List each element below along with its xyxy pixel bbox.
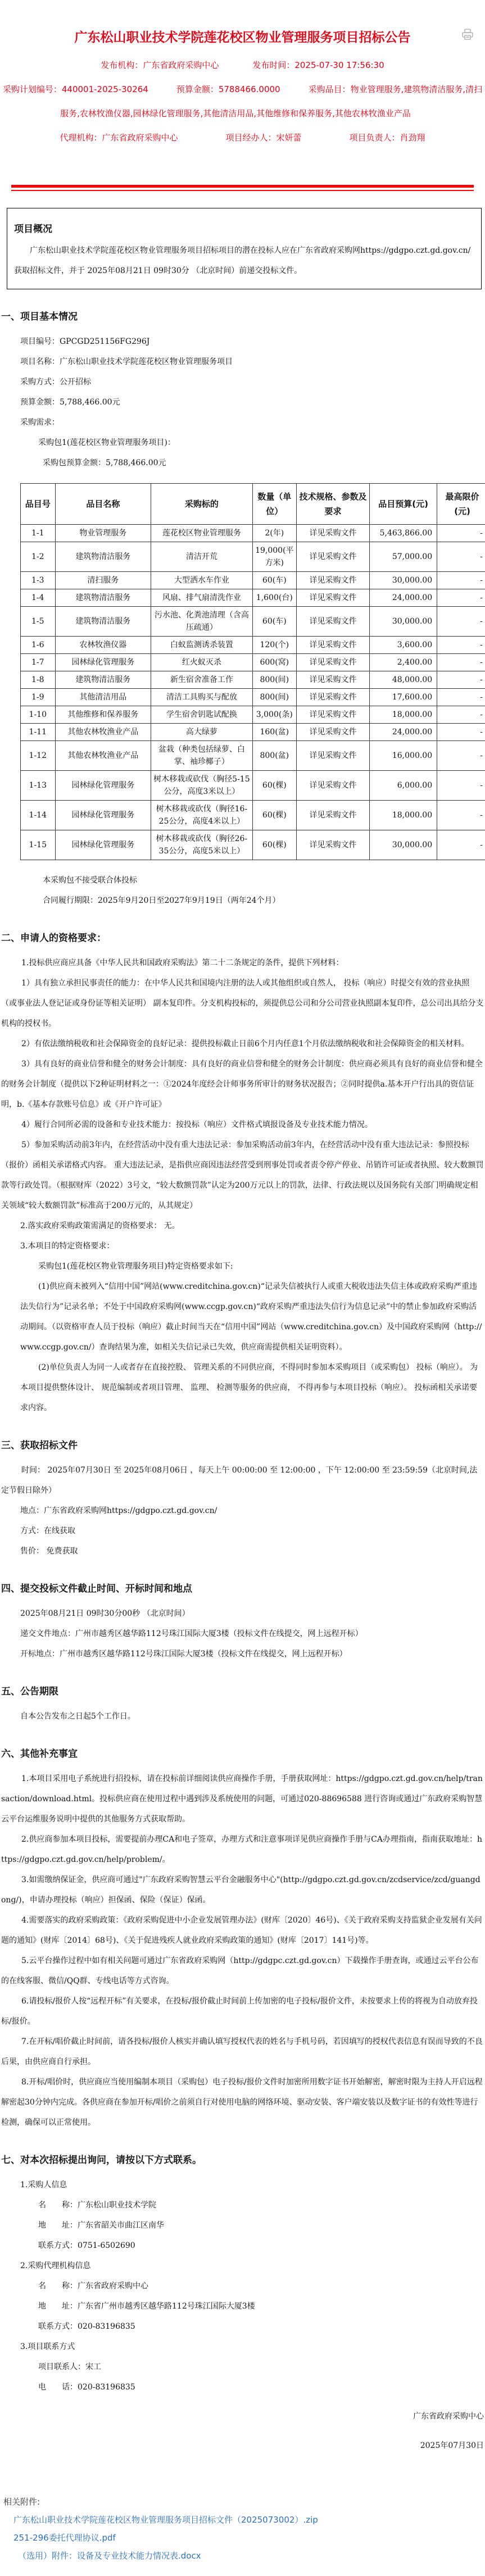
qualification-3-1: (1)供应商未被列入“信用中国”网站(www.creditchina.gov.c… (0, 1276, 485, 1357)
col-item-no: 品目号 (21, 484, 56, 525)
cell-cap: - (437, 771, 485, 801)
cell-spec: 详见采购文件 (296, 830, 369, 860)
cell-spec: 详见采购文件 (296, 689, 369, 706)
contract-period: 合同履行期限：2025年9月20日至2027年9月19日（两年24个月） (0, 891, 485, 911)
cell-spec: 详见采购文件 (296, 706, 369, 724)
section-4-heading: 四、提交投标文件截止时间、开标时间和地点 (1, 1580, 485, 1594)
cell-subject: 大型洒水车作业 (151, 572, 253, 589)
cell-name: 农林牧渔仪器 (55, 637, 151, 654)
section-3-heading: 三、获取招标文件 (1, 1437, 485, 1451)
qualification-3-package: 采购包1(莲花校区物业管理服务项目)特定资格要求如下: (0, 1256, 485, 1276)
project-contact-title: 3.项目联系方式 (0, 2337, 485, 2357)
obtain-place: 地点：广东省政府采购网https://gdgpo.czt.gd.gov.cn/ (0, 1501, 485, 1521)
col-price-cap: 最高限价(元) (437, 484, 485, 525)
cell-no: 1-9 (21, 689, 56, 706)
cell-name: 建筑物清洁服务 (55, 589, 151, 607)
signoff-date: 2025年07月30日 (0, 2431, 484, 2460)
cell-subject: 清洁开荒 (151, 542, 253, 572)
purchaser-info-title: 1.采购人信息 (0, 2175, 485, 2195)
submission-deadline: 2025年08月21日 09时30分00秒 （北京时间） (0, 1603, 485, 1624)
cell-spec: 详见采购文件 (296, 525, 369, 542)
cell-subject: 莲花校区物业管理服务 (151, 525, 253, 542)
cell-cap: - (437, 525, 485, 542)
cell-name: 其他清洁用品 (55, 689, 151, 706)
col-spec: 技术规格、参数及要求 (296, 484, 369, 525)
cell-qty: 60(车) (252, 607, 296, 637)
cell-subject: 树木移栽或砍伐（胸径16-25公分，高度4米以上） (151, 801, 253, 830)
qualification-2: 2.落实政府采购政策需满足的资格要求： 无。 (0, 1216, 485, 1236)
agency-name: 名 称：广东省政府采购中心 (0, 2276, 485, 2296)
cell-budget: 17,600.00 (370, 689, 437, 706)
cell-budget: 48,000.00 (370, 671, 437, 689)
cell-cap: - (437, 542, 485, 572)
cell-qty: 19,000(平方米) (252, 542, 296, 572)
cell-qty: 1,600(台) (252, 589, 296, 607)
attachment-link-agency-agreement[interactable]: 251-296委托代理协议.pdf (0, 2529, 485, 2547)
cell-cap: - (437, 741, 485, 771)
cell-name: 其他维修和保养服务 (55, 706, 151, 724)
budget: 预算金额：5,788,466.00元 (0, 392, 485, 412)
table-row: 1-1物业管理服务莲花校区物业管理服务2(年)详见采购文件5,463,866.0… (21, 525, 485, 542)
procurement-method: 采购方式：公开招标 (0, 372, 485, 392)
cell-spec: 详见采购文件 (296, 671, 369, 689)
agency-info-title: 2.采购代理机构信息 (0, 2256, 485, 2276)
cell-name: 物业管理服务 (55, 525, 151, 542)
cell-subject: 树木移栽或砍伐（胸径5-15公分，高度3米以上） (151, 771, 253, 801)
cell-name: 园林绿化管理服务 (55, 654, 151, 671)
col-budget: 品目预算(元) (370, 484, 437, 525)
signoff: 广东省政府采购中心 2025年07月30日 (0, 2402, 485, 2460)
cell-no: 1-14 (21, 801, 56, 830)
package-label: 采购包1(莲花校区物业管理服务项目)： (0, 433, 485, 453)
agency-contact: 联系方式：020-83196835 (0, 2316, 485, 2337)
cell-cap: - (437, 607, 485, 637)
overview-text: 广东松山职业技术学院莲花校区物业管理服务项目招标项目的潜在投标人应在广东省政府采… (14, 240, 474, 281)
cell-spec: 详见采购文件 (296, 741, 369, 771)
cell-cap: - (437, 689, 485, 706)
cell-qty: 160(盆) (252, 724, 296, 741)
cell-budget: 24,000.00 (370, 589, 437, 607)
col-item-name: 品目名称 (55, 484, 151, 525)
project-owner: 项目负责人：肖劲翔 (350, 126, 425, 150)
table-row: 1-2建筑物清洁服务清洁开荒19,000(平方米)详见采购文件57,000.00… (21, 542, 485, 572)
cell-qty: 60(车) (252, 572, 296, 589)
cell-name: 园林绿化管理服务 (55, 801, 151, 830)
cell-spec: 详见采购文件 (296, 771, 369, 801)
signoff-org: 广东省政府采购中心 (0, 2402, 484, 2431)
cell-no: 1-12 (21, 741, 56, 771)
cell-subject: 清洁工具购买与配放 (151, 689, 253, 706)
obtain-time: 时间： 2025年07月30日 至 2025年08月06日 ，每天上午 00:0… (0, 1460, 485, 1501)
announcement-page: 广东松山职业技术学院莲花校区物业管理服务项目招标公告 发布机构：广东省政府采购中… (0, 0, 485, 2576)
cell-budget: 16,000.00 (370, 741, 437, 771)
cell-name: 园林绿化管理服务 (55, 771, 151, 801)
cell-spec: 详见采购文件 (296, 654, 369, 671)
attachment-link-equipment-form[interactable]: （选用）附件：设备及专业技术能力情况表.docx (0, 2547, 485, 2565)
cell-budget: 6,000.00 (370, 771, 437, 801)
cell-name: 园林绿化管理服务 (55, 830, 151, 860)
qualification-1: 1.投标供应商应具备《中华人民共和国政府采购法》第二十二条规定的条件，提供下列材… (0, 953, 485, 973)
qualification-3-2: (2)单位负责人为同一人或者存在直接控股、 管理关系的不同供应商，不得同时参加本… (0, 1357, 485, 1418)
cell-no: 1-5 (21, 607, 56, 637)
supplement-item: 2.供应商参加本项目投标，需要提前办理CA和电子签章，办理方式和注意事项详见供应… (0, 1829, 485, 1870)
publish-time: 发布时间：2025-07-30 17:56:30 (252, 53, 384, 78)
cell-spec: 详见采购文件 (296, 572, 369, 589)
table-row: 1-4建筑物清洁服务风扇、排气扇清洗作业1,600(台)详见采购文件24,000… (21, 589, 485, 607)
supplement-item: 3.如需缴纳保证金，供应商可通过"广东政府采购智慧云平台金融服务中心"(http… (0, 1870, 485, 1910)
cell-name: 清扫服务 (55, 572, 151, 589)
table-row: 1-3清扫服务大型洒水车作业60(车)详见采购文件30,000.00- (21, 572, 485, 589)
cell-budget: 18,000.00 (370, 801, 437, 830)
cell-spec: 详见采购文件 (296, 589, 369, 607)
table-row: 1-8建筑物清洁服务新生宿舍准备工作800(间)详见采购文件48,000.00- (21, 671, 485, 689)
table-row: 1-9其他清洁用品清洁工具购买与配放800(间)详见采购文件17,600.00- (21, 689, 485, 706)
cell-subject: 高大绿萝 (151, 724, 253, 741)
cell-subject: 新生宿舍准备工作 (151, 671, 253, 689)
agency: 代理机构：广东省政府采购中心 (60, 126, 178, 150)
meta-row-1: 发布机构：广东省政府采购中心 发布时间：2025-07-30 17:56:30 (0, 53, 485, 78)
supplement-item: 8.开标/唱价时，供应商应当使用编制本项目（采购包）电子投标/报价文件时加密所用… (0, 2072, 485, 2133)
cell-name: 建筑物清洁服务 (55, 607, 151, 637)
obtain-method: 方式：在线获取 (0, 1521, 485, 1541)
qualification-3: 3.本项目的特定资格要求： (0, 1236, 485, 1256)
submission-place: 递交文件地点：广州市越秀区越华路112号珠江国际大厦3楼（投标文件在线提交，网上… (0, 1624, 485, 1644)
meta-row-3: 代理机构：广东省政府采购中心 项目经办人：宋妍蕾 项目负责人：肖劲翔 (0, 126, 485, 150)
table-row: 1-6农林牧渔仪器白蚁监测诱杀装置120(个)详见采购文件3,600.00- (21, 637, 485, 654)
no-consortium-note: 本采购包不接受联合体投标 (0, 870, 485, 891)
cell-no: 1-7 (21, 654, 56, 671)
qualification-1-2: 2）有依法缴纳税收和社会保障资金的良好记录：提供投标截止日前6个月内任意1个月依… (0, 1034, 485, 1054)
cell-spec: 详见采购文件 (296, 801, 369, 830)
cell-spec: 详见采购文件 (296, 607, 369, 637)
page-title: 广东松山职业技术学院莲花校区物业管理服务项目招标公告 (0, 27, 485, 46)
qualification-1-3: 3）具有良好的商业信誉和健全的财务会计制度：具有良好的商业信誉和健全的财务会计制… (0, 1054, 485, 1115)
cell-name: 建筑物清洁服务 (55, 542, 151, 572)
cell-qty: 2(年) (252, 525, 296, 542)
table-row: 1-15园林绿化管理服务树木移栽或砍伐（胸径26-35公分，高度5米以上）60(… (21, 830, 485, 860)
table-row: 1-10其他维修和保养服务学生宿舍钥匙试配换3,000(条)详见采购文件18,0… (21, 706, 485, 724)
project-contact-phone: 电 话：020-83196835 (0, 2377, 485, 2397)
project-handler: 项目经办人：宋妍蕾 (225, 126, 301, 150)
cell-no: 1-15 (21, 830, 56, 860)
table-header-row: 品目号 品目名称 采购标的 数量（单位） 技术规格、参数及要求 品目预算(元) … (21, 484, 485, 525)
qualification-1-4: 4）履行合同所必需的设备和专业技术能力：按投标（响应）文件格式填报设备及专业技术… (0, 1115, 485, 1135)
cell-budget: 5,463,866.00 (370, 525, 437, 542)
supplement-item: 6.请投标/报价人按“远程开标”有关要求，在投标/报价截止时间前上传加密的电子投… (0, 1991, 485, 2032)
printer-icon[interactable] (461, 28, 474, 40)
demand-label: 采购需求： (0, 412, 485, 433)
cell-qty: 60(棵) (252, 771, 296, 801)
cell-cap: - (437, 801, 485, 830)
cell-no: 1-8 (21, 671, 56, 689)
cell-subject: 学生宿舍钥匙试配换 (151, 706, 253, 724)
cell-budget: 18,000.00 (370, 706, 437, 724)
overview-box: 项目概况 广东松山职业技术学院莲花校区物业管理服务项目招标项目的潜在投标人应在广… (7, 208, 482, 289)
notice-period: 自本公告发布之日起5个工作日。 (0, 1706, 485, 1727)
cell-budget: 30,000.00 (370, 572, 437, 589)
project-contact-person: 项目联系人：宋工 (0, 2357, 485, 2377)
cell-spec: 详见采购文件 (296, 637, 369, 654)
cell-no: 1-6 (21, 637, 56, 654)
cell-cap: - (437, 589, 485, 607)
table-row: 1-11其他农林牧渔业产品高大绿萝160(盆)详见采购文件24,000.00- (21, 724, 485, 741)
budget-amount: 预算金额：5788466.0000 (176, 84, 280, 94)
cell-qty: 800(间) (252, 689, 296, 706)
section-5-heading: 五、公告期限 (1, 1683, 485, 1697)
cell-name: 其他农林牧渔业产品 (55, 724, 151, 741)
title-row: 广东松山职业技术学院莲花校区物业管理服务项目招标公告 (0, 0, 485, 53)
cell-no: 1-3 (21, 572, 56, 589)
cell-qty: 800(盆) (252, 741, 296, 771)
supplement-item: 5.云平台操作过程中如有相关问题可通过广东省政府采购网（http://gdgpc… (0, 1951, 485, 1991)
cell-qty: 3,000(条) (252, 706, 296, 724)
section-1-heading: 一、项目基本情况 (1, 308, 485, 322)
col-subject: 采购标的 (151, 484, 253, 525)
cell-name: 建筑物清洁服务 (55, 671, 151, 689)
cell-no: 1-1 (21, 525, 56, 542)
cell-qty: 800(间) (252, 671, 296, 689)
cell-cap: - (437, 671, 485, 689)
cell-spec: 详见采购文件 (296, 542, 369, 572)
plan-number: 采购计划编号：440001-2025-30264 (3, 84, 148, 94)
table-row: 1-7园林绿化管理服务红火蚁灭杀600(窝)详见采购文件2,400.00- (21, 654, 485, 671)
table-row: 1-14园林绿化管理服务树木移栽或砍伐（胸径16-25公分，高度4米以上）60(… (21, 801, 485, 830)
cell-cap: - (437, 706, 485, 724)
meta-info: 发布机构：广东省政府采购中心 发布时间：2025-07-30 17:56:30 … (0, 53, 485, 150)
opening-place: 开标地点：广州市越秀区越华路112号珠江国际大厦3楼（投标文件在线提交，网上远程… (0, 1644, 485, 1664)
cell-cap: - (437, 572, 485, 589)
cell-subject: 风扇、排气扇清洗作业 (151, 589, 253, 607)
cell-subject: 盆栽（种类包括绿萝、白掌、袖珍椰子） (151, 741, 253, 771)
cell-budget: 2,400.00 (370, 654, 437, 671)
cell-subject: 树木移栽或砍伐（胸径26-35公分，高度5米以上） (151, 830, 253, 860)
cell-no: 1-13 (21, 771, 56, 801)
cell-cap: - (437, 654, 485, 671)
header-divider (11, 185, 474, 191)
package-budget: 采购包预算金额：5,788,466.00元 (0, 453, 485, 473)
table-row: 1-13园林绿化管理服务树木移栽或砍伐（胸径5-15公分，高度3米以上）60(棵… (21, 771, 485, 801)
items-table: 品目号 品目名称 采购标的 数量（单位） 技术规格、参数及要求 品目预算(元) … (20, 483, 485, 860)
cell-name: 其他农林牧渔业产品 (55, 741, 151, 771)
qualification-1-1: 1）具有独立承担民事责任的能力：在中华人民共和国境内注册的法人或其他组织或自然人… (0, 973, 485, 1034)
project-name: 项目名称：广东松山职业技术学院莲花校区物业管理服务项目 (0, 352, 485, 372)
col-quantity: 数量（单位） (252, 484, 296, 525)
table-row: 1-12其他农林牧渔业产品盆栽（种类包括绿萝、白掌、袖珍椰子）800(盆)详见采… (21, 741, 485, 771)
purchaser-contact: 联系方式：0751-6502690 (0, 2236, 485, 2256)
cell-qty: 600(窝) (252, 654, 296, 671)
purchaser-name: 名 称：广东松山职业技术学院 (0, 2195, 485, 2215)
attachments: 相关附件: 广东松山职业技术学院莲花校区物业管理服务项目招标文件（2025073… (0, 2493, 485, 2565)
cell-no: 1-10 (21, 706, 56, 724)
overview-title: 项目概况 (14, 221, 474, 235)
cell-cap: - (437, 724, 485, 741)
cell-cap: - (437, 637, 485, 654)
supplement-item: 7.在开标/唱价截止时间前，请各投标/报价人核实并确认填写授权代表的姓名与手机号… (0, 2032, 485, 2072)
cell-budget: 30,000.00 (370, 830, 437, 860)
announcement-body: 项目概况 广东松山职业技术学院莲花校区物业管理服务项目招标项目的潜在投标人应在广… (0, 208, 485, 2460)
cell-qty: 120(个) (252, 637, 296, 654)
section-2-heading: 二、申请人的资格要求： (1, 930, 485, 944)
cell-budget: 3,600.00 (370, 637, 437, 654)
cell-spec: 详见采购文件 (296, 724, 369, 741)
supplement-item: 1.本项目采用电子系统进行招投标，请在投标前详细阅读供应商操作手册，手册获取网址… (0, 1769, 485, 1829)
cell-budget: 57,000.00 (370, 542, 437, 572)
cell-subject: 白蚁监测诱杀装置 (151, 637, 253, 654)
cell-subject: 污水池、化粪池清理（含高压疏通） (151, 607, 253, 637)
cell-qty: 60(棵) (252, 830, 296, 860)
cell-qty: 60(棵) (252, 801, 296, 830)
attachment-link-tender-zip[interactable]: 广东松山职业技术学院莲花校区物业管理服务项目招标文件（2025073002）.z… (0, 2511, 485, 2529)
cell-no: 1-11 (21, 724, 56, 741)
section-7-heading: 七、对本次招标提出询问，请按以下方式联系。 (1, 2152, 485, 2166)
cell-cap: - (437, 830, 485, 860)
supplement-item: 4.需要落实的政府采购政策：《政府采购促进中小企业发展管理办法》(财库〔2020… (0, 1910, 485, 1951)
cell-budget: 30,000.00 (370, 607, 437, 637)
project-number: 项目编号：GPCGD251156FG296J (0, 331, 485, 352)
cell-no: 1-2 (21, 542, 56, 572)
obtain-price: 售价： 免费获取 (0, 1541, 485, 1561)
qualification-1-5: 5）参加采购活动前3年内，在经营活动中没有重大违法记录：参加采购活动前3年内，在… (0, 1135, 485, 1216)
cell-no: 1-4 (21, 589, 56, 607)
cell-budget: 24,000.00 (370, 724, 437, 741)
purchaser-address: 地 址：广东省韶关市曲江区南华 (0, 2215, 485, 2236)
attachments-label: 相关附件: (0, 2493, 485, 2511)
table-row: 1-5建筑物清洁服务污水池、化粪池清理（含高压疏通）60(车)详见采购文件30,… (21, 607, 485, 637)
section-6-heading: 六、其他补充事宜 (1, 1746, 485, 1760)
meta-row-2: 采购计划编号：440001-2025-30264预算金额：5788466.000… (0, 78, 485, 126)
agency-address: 地 址：广东省广州市越秀区越华路112号珠江国际大厦3楼 (0, 2296, 485, 2316)
cell-subject: 红火蚁灭杀 (151, 654, 253, 671)
publisher: 发布机构：广东省政府采购中心 (101, 53, 219, 78)
